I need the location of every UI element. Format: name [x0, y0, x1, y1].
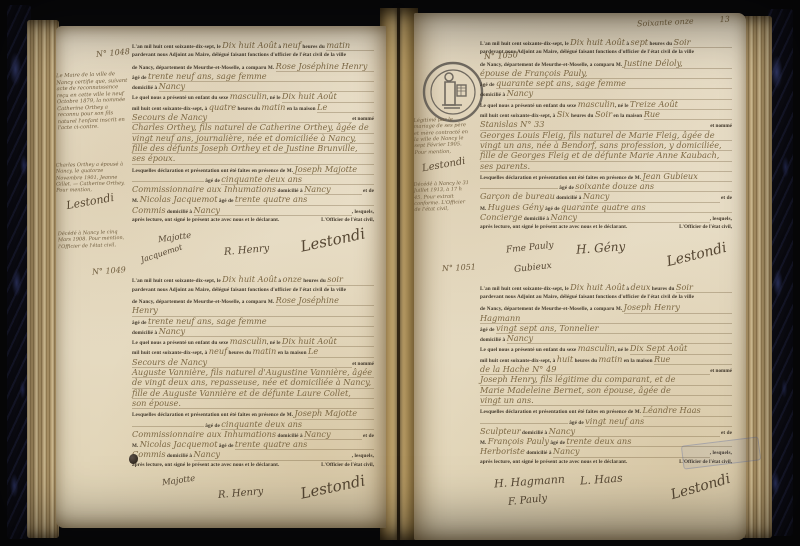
signature: H. Hagmann	[494, 473, 566, 491]
printed-text: après lecture, ont signé le présent acte…	[480, 457, 627, 467]
handwritten-text: Sculpteur	[480, 426, 521, 436]
printed-text: pardevant nous Adjoint au Maire, délégué…	[132, 50, 346, 60]
act-line: après lecture, ont signé le présent acte…	[480, 222, 732, 232]
act-line: vingt un ans, née à Bendorf, sans profes…	[480, 140, 732, 150]
act-line: Lesquelles déclaration et présentation o…	[480, 171, 732, 181]
birth-act: L'an mil huit cent soixante-dix-sept, le…	[480, 282, 732, 511]
act-line: M. Hugues Gény âgé de quarante quatre an…	[480, 202, 732, 212]
act-line: Concierge domicilié à Nancy, lesquels,	[480, 212, 732, 222]
printed-text: pardevant nous Adjoint au Maire, délégué…	[132, 285, 346, 295]
printed-text: pardevant nous Adjoint au Maire, délégué…	[480, 47, 694, 57]
act-line: pardevant nous Adjoint au Maire, délégué…	[480, 292, 732, 302]
left-page: N° 1048Le Maire de la ville de Nancy cer…	[56, 26, 386, 528]
handwritten-text: Soir	[595, 109, 612, 119]
act-line: Secours de Nancyet nommé	[132, 112, 374, 122]
signature: H. Gény	[576, 239, 626, 256]
printed-text: L'Officier de l'état civil,	[321, 215, 374, 225]
signature: Jacquemot	[140, 243, 184, 265]
act-line: Commis domicilié à Nancy, lesquels,	[132, 205, 374, 215]
handwritten-text: Dix huit Août	[570, 37, 625, 47]
signatures-row: Fme PaulyH. GényGubieuxLestondi	[480, 233, 732, 277]
printed-text: domicilié à	[132, 328, 159, 338]
act-line: âgé de trente neuf ans, sage femme	[132, 316, 374, 326]
printed-text: après lecture, ont signé le présent acte…	[132, 460, 279, 470]
handwritten-text: neuf	[209, 346, 227, 356]
signatures-row: MajotteR. HenryLestondi	[132, 470, 374, 514]
act-line: vingt un ans.	[480, 395, 732, 405]
signature: Lestondi	[665, 239, 728, 269]
act-line: pardevant nous Adjoint au Maire, délégué…	[132, 50, 374, 60]
printed-text: domicilié à	[480, 335, 507, 345]
act-line: de Nancy, département de Meurthe-et-Mose…	[132, 61, 374, 71]
handwritten-text: Nicolas Jacquemot	[140, 439, 218, 449]
act-line: M. Nicolas Jacquemot âgé de trente quatr…	[132, 194, 374, 204]
acts: L'an mil huit cent soixante-dix-sept, le…	[132, 26, 374, 528]
photo-background: N° 1048Le Maire de la ville de Nancy cer…	[0, 0, 800, 546]
act-line: Hagmann	[480, 313, 732, 323]
act-line: après lecture, ont signé le présent acte…	[132, 215, 374, 225]
act-line: Charles Orthey, fils naturel de Catherin…	[132, 122, 374, 132]
margin-note: Décédé à Nancy le cinq Mars 1908. Pour m…	[58, 229, 129, 250]
act-line: domicilié à Nancy	[480, 88, 732, 98]
signature: F. Pauly	[508, 493, 548, 508]
act-line: fille des défunts Joseph Orthey et de Ju…	[132, 143, 374, 153]
printed-text: après lecture, ont signé le présent acte…	[480, 222, 627, 232]
act-line: M. Nicolas Jacquemot âgé de trente quatr…	[132, 439, 374, 449]
act-line: épouse de François Pauly,	[480, 68, 732, 78]
act-line: Lesquelles déclaration et présentation o…	[480, 405, 732, 415]
act-line: après lecture, ont signé le présent acte…	[132, 460, 374, 470]
signature: R. Henry	[224, 243, 270, 258]
handwritten-text	[132, 181, 204, 182]
handwritten-text: masculin	[230, 91, 267, 101]
act-line: mil huit cent soixante-dix-sept, à neuf …	[132, 346, 374, 356]
handwritten-text: masculin	[578, 99, 615, 109]
handwritten-text: matin	[262, 102, 286, 112]
act-line: Georges Louis Fleig, fils naturel de Mar…	[480, 130, 732, 140]
act-line: de Nancy, département de Meurthe-et-Mose…	[480, 58, 732, 68]
birth-act: L'an mil huit cent soixante-dix-sept, le…	[132, 40, 374, 269]
handwritten-text: Commis	[132, 205, 166, 215]
handwritten-text: masculin	[578, 343, 615, 353]
act-line: L'an mil huit cent soixante-dix-sept, le…	[132, 40, 374, 50]
handwritten-text: Commissionnaire aux Inhumations	[132, 429, 276, 439]
act-line: âgé de trente neuf ans, sage femme	[132, 71, 374, 81]
handwritten-text: deux	[631, 282, 651, 292]
act-line: mil huit cent soixante-dix-sept, à Six h…	[480, 109, 732, 119]
signature: L. Haas	[580, 472, 623, 488]
handwritten-text: matin	[253, 346, 277, 356]
printed-text: âgé de	[480, 80, 496, 90]
handwritten-text: matin	[599, 354, 623, 364]
page-edges-left	[27, 20, 59, 538]
act-line: Auguste Vannière, fils naturel d'Augusti…	[132, 367, 374, 377]
printed-text: , né le	[615, 101, 630, 111]
handwritten-text: Garçon de bureau	[480, 191, 555, 201]
act-line: ses époux.	[132, 153, 374, 163]
printed-text: âgé de	[132, 318, 148, 328]
act-line: âgé de vingt sept ans, Tonnelier	[480, 323, 732, 333]
signature: Lestondi	[299, 471, 367, 502]
act-line: Le quel nous a présenté un enfant du sex…	[132, 336, 374, 346]
printed-text: âgé de	[132, 73, 148, 83]
act-line: domicilié à Nancy	[132, 326, 374, 336]
handwritten-text: Herboriste	[480, 446, 525, 456]
act-line: mil huit cent soixante-dix-sept, à huit …	[480, 354, 732, 364]
act-number: N° 1049	[92, 264, 137, 277]
act-line: son épouse.	[132, 398, 374, 408]
handwritten-text: Nicolas Jacquemot	[140, 194, 218, 204]
act-line: de vingt deux ans, repasseuse, née et do…	[132, 377, 374, 387]
gutter-crack	[397, 8, 400, 540]
act-line: Garçon de bureau domicilié à Nancy et de	[480, 191, 732, 201]
act-line: de la Hache N° 49et nommé	[480, 364, 732, 374]
margin-note: Le Maire de la ville de Nancy certifie q…	[56, 71, 130, 132]
act-line: vingt neuf ans, journalière, née et domi…	[132, 133, 374, 143]
printed-text: après lecture, ont signé le présent acte…	[132, 215, 279, 225]
act-line: Commissionnaire aux Inhumations domicili…	[132, 184, 374, 194]
printed-text: domicilié à	[132, 83, 159, 93]
printed-text: L'Officier de l'état civil,	[321, 460, 374, 470]
signature: Fme Pauly	[506, 240, 555, 255]
act-line: Stanislas N° 33et nommé	[480, 119, 732, 129]
handwritten-text	[132, 426, 204, 427]
printed-text: pardevant nous Adjoint au Maire, délégué…	[480, 292, 694, 302]
act-line: Lesquelles déclaration et présentation o…	[132, 164, 374, 174]
handwritten-text: François Pauly	[488, 436, 549, 446]
act-line: domicilié à Nancy	[480, 333, 732, 343]
act-line: ses parents.	[480, 161, 732, 171]
printed-text: domicilié à	[480, 90, 507, 100]
handwritten-text: onze	[283, 274, 302, 284]
act-line: Le quel nous a présenté un enfant du sex…	[480, 343, 732, 353]
act-line: Henry	[132, 305, 374, 315]
signatures-row: H. HagmannL. HaasF. PaulyLestondi	[480, 467, 732, 511]
handwritten-text: quatre	[209, 102, 236, 112]
act-line: pardevant nous Adjoint au Maire, délégué…	[132, 285, 374, 295]
act-line: Joseph Henry, fils légitime du comparant…	[480, 374, 732, 384]
act-line: de Nancy, département de Meurthe-et-Mose…	[132, 295, 374, 305]
signature: Majotte	[161, 474, 195, 489]
handwritten-text: sept	[631, 37, 649, 47]
act-line: pardevant nous Adjoint au Maire, délégué…	[480, 47, 732, 57]
handwritten-text: Hugues Gény	[488, 202, 544, 212]
wax-seal	[129, 454, 138, 464]
act-line: Sculpteur domicilié à Nancy et de	[480, 426, 732, 436]
act-line: Le quel nous a présenté un enfant du sex…	[132, 91, 374, 101]
act-line: âgé de quarante sept ans, sage femme	[480, 78, 732, 88]
act-line: Secours de Nancyet nommé	[132, 357, 374, 367]
act-line: de Nancy, département de Meurthe-et-Mose…	[480, 302, 732, 312]
margin-note: Décédé à Nancy le 31 Juillet 1913, à 17 …	[413, 180, 470, 213]
act-line: Le quel nous a présenté un enfant du sex…	[480, 99, 732, 109]
handwritten-text	[480, 188, 558, 189]
printed-text: âgé de	[480, 325, 496, 335]
signature: Lestondi	[299, 225, 367, 256]
act-line: Lesquelles déclaration et présentation o…	[132, 408, 374, 418]
handwritten-text: neuf	[283, 40, 301, 50]
act-line: L'an mil huit cent soixante-dix-sept, le…	[480, 282, 732, 292]
signature: Gubieux	[514, 261, 553, 275]
handwritten-text: Six	[557, 109, 570, 119]
handwritten-text: Concierge	[480, 212, 523, 222]
handwritten-text: Dix huit Août	[570, 282, 625, 292]
handwritten-text: Dix huit Août	[222, 40, 277, 50]
handwritten-text: masculin	[230, 336, 267, 346]
printed-text: âgé de	[558, 183, 575, 193]
birth-act: L'an mil huit cent soixante-dix-sept, le…	[480, 37, 732, 277]
act-line: Commissionnaire aux Inhumations domicili…	[132, 429, 374, 439]
handwritten-text: Commissionnaire aux Inhumations	[132, 184, 276, 194]
act-line: Commis domicilié à Nancy, lesquels,	[132, 449, 374, 459]
margin-note: Lestondi	[421, 155, 472, 176]
handwritten-text: huit	[557, 354, 573, 364]
act-line: L'an mil huit cent soixante-dix-sept, le…	[480, 37, 732, 47]
act-line: fille de Auguste Vannière et de défunte …	[132, 388, 374, 398]
handwritten-text: Dix huit Août	[222, 274, 277, 284]
act-line: fille de Georges Fleig et de défunte Mar…	[480, 150, 732, 160]
act-line: mil huit cent soixante-dix-sept, à quatr…	[132, 102, 374, 112]
printed-text: L'Officier de l'état civil,	[679, 222, 732, 232]
signature: R. Henry	[218, 486, 264, 501]
signature: Lestondi	[669, 471, 732, 503]
handwritten-text	[480, 423, 568, 424]
birth-act: L'an mil huit cent soixante-dix-sept, le…	[132, 274, 374, 514]
signatures-row: MajotteJacquemotR. HenryLestondi	[132, 225, 374, 269]
margin-note: Légitimé par le mariage de ses père et m…	[413, 116, 472, 156]
act-line: Marie Madeleine Bernet, son épouse, âgée…	[480, 385, 732, 395]
act-line: domicilié à Nancy	[132, 81, 374, 91]
official-stamp-icon	[422, 61, 484, 123]
act-line: L'an mil huit cent soixante-dix-sept, le…	[132, 274, 374, 284]
right-page: Soixante onze 13 N° 1050Légitimé par le …	[414, 13, 746, 540]
